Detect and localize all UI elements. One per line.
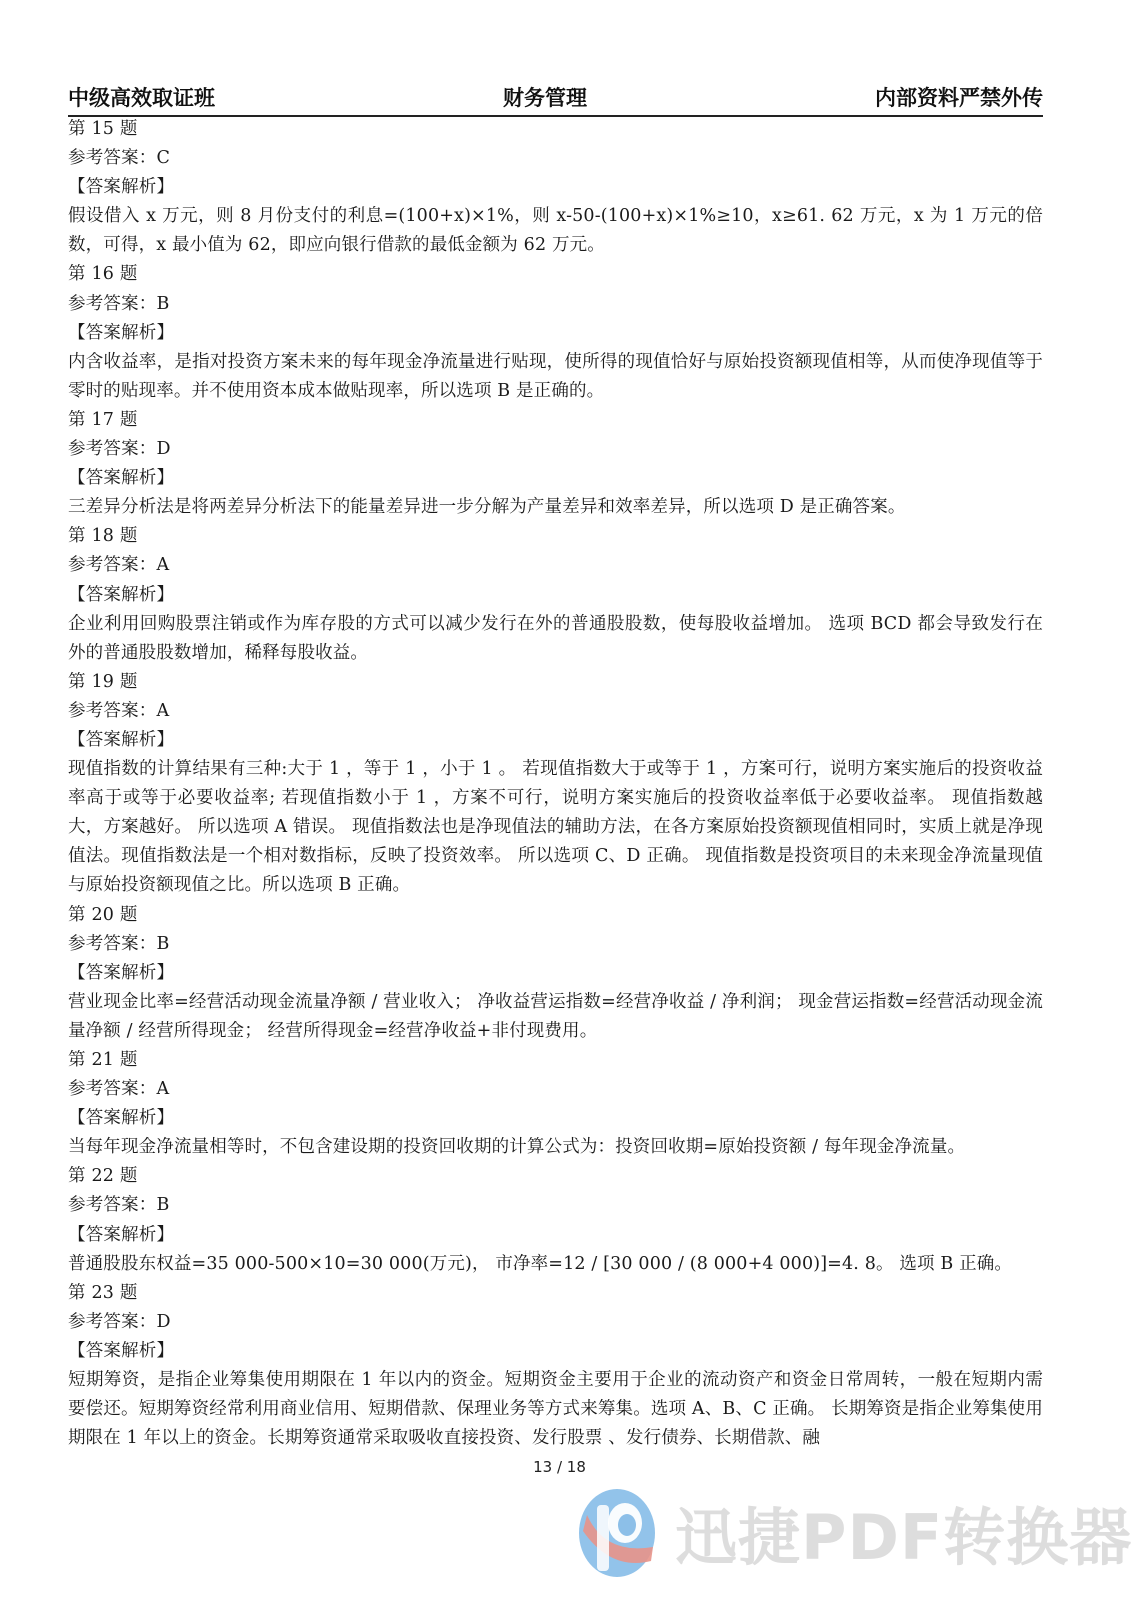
analysis-text: 营业现金比率=经营活动现金流量净额 / 营业收入； 净收益营运指数=经营净收益 …: [68, 988, 1043, 1046]
analysis-label: 【答案解析】: [68, 726, 1043, 755]
page-indicator: 13 / 18: [533, 1458, 586, 1476]
analysis-label: 【答案解析】: [68, 173, 1043, 202]
question-title: 第 23 题: [68, 1279, 1043, 1308]
question-block: 第 23 题 参考答案：D 【答案解析】 短期筹资，是指企业筹集使用期限在 1 …: [68, 1279, 1043, 1454]
reference-answer: 参考答案：D: [68, 435, 1043, 464]
question-block: 第 19 题 参考答案：A 【答案解析】 现值指数的计算结果有三种:大于 1 ，…: [68, 668, 1043, 901]
question-block: 第 15 题 参考答案：C 【答案解析】 假设借入 x 万元，则 8 月份支付的…: [68, 115, 1043, 260]
question-title: 第 22 题: [68, 1162, 1043, 1191]
analysis-label: 【答案解析】: [68, 1337, 1043, 1366]
analysis-label: 【答案解析】: [68, 464, 1043, 493]
question-block: 第 17 题 参考答案：D 【答案解析】 三差异分析法是将两差异分析法下的能量差…: [68, 406, 1043, 522]
question-block: 第 18 题 参考答案：A 【答案解析】 企业利用回购股票注销或作为库存股的方式…: [68, 522, 1043, 667]
analysis-text: 内含收益率，是指对投资方案未来的每年现金净流量进行贴现，使所得的现值恰好与原始投…: [68, 348, 1043, 406]
header-subject: 财务管理: [503, 84, 587, 112]
analysis-label: 【答案解析】: [68, 1104, 1043, 1133]
header-course-name: 中级高效取证班: [68, 84, 215, 112]
question-title: 第 20 题: [68, 901, 1043, 930]
watermark-text: 迅捷PDF转换器: [675, 1488, 1131, 1577]
analysis-text: 普通股股东权益=35 000-500×10=30 000(万元)， 市净率=12…: [68, 1250, 1043, 1279]
analysis-label: 【答案解析】: [68, 581, 1043, 610]
analysis-text: 假设借入 x 万元，则 8 月份支付的利息=(100+x)×1%，则 x-50-…: [68, 202, 1043, 260]
question-title: 第 21 题: [68, 1046, 1043, 1075]
page-footer: 13 / 18: [0, 1458, 1131, 1476]
question-title: 第 15 题: [68, 115, 1043, 144]
reference-answer: 参考答案：B: [68, 930, 1043, 959]
question-block: 第 22 题 参考答案：B 【答案解析】 普通股股东权益=35 000-500×…: [68, 1162, 1043, 1278]
question-title: 第 18 题: [68, 522, 1043, 551]
question-title: 第 16 题: [68, 260, 1043, 289]
question-block: 第 21 题 参考答案：A 【答案解析】 当每年现金净流量相等时，不包含建设期的…: [68, 1046, 1043, 1162]
reference-answer: 参考答案：A: [68, 551, 1043, 580]
analysis-text: 现值指数的计算结果有三种:大于 1 ，等于 1 ，小于 1 。 若现值指数大于或…: [68, 755, 1043, 900]
analysis-label: 【答案解析】: [68, 319, 1043, 348]
header-confidential-note: 内部资料严禁外传: [875, 84, 1043, 112]
converter-watermark: 迅捷PDF转换器: [575, 1480, 1115, 1590]
page-header: 中级高效取证班 财务管理 内部资料严禁外传: [68, 80, 1043, 117]
analysis-text: 三差异分析法是将两差异分析法下的能量差异进一步分解为产量差异和效率差异，所以选项…: [68, 493, 1043, 522]
analysis-label: 【答案解析】: [68, 959, 1043, 988]
reference-answer: 参考答案：D: [68, 1308, 1043, 1337]
reference-answer: 参考答案：B: [68, 290, 1043, 319]
answer-key-content: 第 15 题 参考答案：C 【答案解析】 假设借入 x 万元，则 8 月份支付的…: [68, 115, 1043, 1453]
analysis-text: 当每年现金净流量相等时，不包含建设期的投资回收期的计算公式为：投资回收期=原始投…: [68, 1133, 1043, 1162]
question-title: 第 17 题: [68, 406, 1043, 435]
analysis-text: 短期筹资，是指企业筹集使用期限在 1 年以内的资金。短期资金主要用于企业的流动资…: [68, 1366, 1043, 1453]
question-block: 第 20 题 参考答案：B 【答案解析】 营业现金比率=经营活动现金流量净额 /…: [68, 901, 1043, 1046]
reference-answer: 参考答案：A: [68, 1075, 1043, 1104]
pdf-converter-logo-icon: [575, 1485, 660, 1580]
reference-answer: 参考答案：A: [68, 697, 1043, 726]
question-title: 第 19 题: [68, 668, 1043, 697]
analysis-label: 【答案解析】: [68, 1221, 1043, 1250]
question-block: 第 16 题 参考答案：B 【答案解析】 内含收益率，是指对投资方案未来的每年现…: [68, 260, 1043, 405]
analysis-text: 企业利用回购股票注销或作为库存股的方式可以减少发行在外的普通股股数，使每股收益增…: [68, 610, 1043, 668]
reference-answer: 参考答案：C: [68, 144, 1043, 173]
reference-answer: 参考答案：B: [68, 1191, 1043, 1220]
